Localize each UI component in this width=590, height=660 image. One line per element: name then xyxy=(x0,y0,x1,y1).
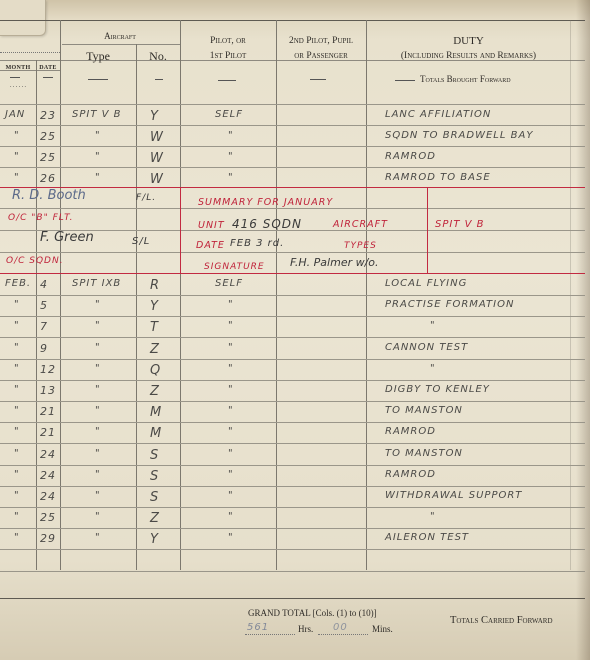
entry-duty: RAMROD xyxy=(385,151,436,162)
entry-pilot: " xyxy=(228,151,234,162)
entry-duty: SQDN TO BRADWELL BAY xyxy=(385,130,533,141)
entry-pilot: " xyxy=(228,130,234,141)
grand-total-label: GRAND TOTAL [Cols. (1) to (10)] xyxy=(248,608,377,618)
entry-duty: " xyxy=(430,363,436,374)
header-second-pilot-line1: 2nd Pilot, Pupil xyxy=(276,35,366,48)
entry-aircraft-no: S xyxy=(150,490,159,505)
entry-month: " xyxy=(14,172,20,183)
entry-pilot: " xyxy=(228,172,234,183)
entry-date: 21 xyxy=(40,426,56,439)
summary-aircraft-label: AIRCRAFT xyxy=(333,219,388,230)
summary-types-label: TYPES xyxy=(344,241,377,251)
entry-date: 25 xyxy=(40,511,56,524)
entry-month: " xyxy=(14,426,20,437)
entry-pilot: " xyxy=(228,405,234,416)
entry-date: 24 xyxy=(40,448,56,461)
mins-label: Mins. xyxy=(372,624,393,634)
entry-aircraft-type: " xyxy=(95,490,101,501)
entry-pilot: SELF xyxy=(215,278,243,289)
entry-month: JAN xyxy=(5,109,25,120)
entry-aircraft-no: M xyxy=(150,426,162,441)
entry-month: " xyxy=(14,405,20,416)
header-date: DATE xyxy=(36,62,60,75)
header-second-pilot-line2: or Passenger xyxy=(276,50,366,63)
entry-month: " xyxy=(14,384,20,395)
entry-date: 4 xyxy=(40,278,48,291)
entry-aircraft-no: W xyxy=(150,130,164,145)
logbook-page: MONTH DATE Aircraft Type No. Pilot, or 1… xyxy=(0,0,590,660)
entry-month: " xyxy=(14,320,20,331)
summary-unit-value: 416 SQDN xyxy=(232,217,302,231)
entry-pilot: " xyxy=(228,426,234,437)
entry-date: 24 xyxy=(40,490,56,503)
entry-aircraft-no: M xyxy=(150,405,162,420)
entry-date: 21 xyxy=(40,405,56,418)
entry-month: " xyxy=(14,342,20,353)
entry-date: 25 xyxy=(40,130,56,143)
entry-date: 29 xyxy=(40,532,56,545)
signature-1-role: O/C "B" FLT. xyxy=(8,213,73,223)
header-month: MONTH xyxy=(0,62,36,75)
entry-aircraft-no: W xyxy=(150,151,164,166)
signature-2-rank: S/L xyxy=(132,236,150,247)
summary-title: SUMMARY FOR JANUARY xyxy=(198,197,333,208)
entry-pilot: " xyxy=(228,532,234,543)
entry-month: " xyxy=(14,299,20,310)
page-binding-shadow xyxy=(576,0,590,660)
entry-date: 5 xyxy=(40,299,48,312)
entry-aircraft-no: T xyxy=(150,320,159,335)
entry-pilot: " xyxy=(228,299,234,310)
header-no: No. xyxy=(136,50,180,63)
entry-pilot: " xyxy=(228,320,234,331)
entry-month: FEB. xyxy=(5,278,31,289)
entry-duty: LANC AFFILIATION xyxy=(385,109,491,120)
summary-unit-label: UNIT xyxy=(198,220,225,231)
entry-pilot: " xyxy=(228,448,234,459)
entry-month: " xyxy=(14,490,20,501)
entry-month: " xyxy=(14,448,20,459)
entry-date: 7 xyxy=(40,320,48,333)
header-duty: DUTY xyxy=(366,35,571,48)
entry-date: 12 xyxy=(40,363,56,376)
entry-date: 23 xyxy=(40,109,56,122)
entry-month: " xyxy=(14,363,20,374)
entry-aircraft-type: " xyxy=(95,511,101,522)
entry-duty: WITHDRAWAL SUPPORT xyxy=(385,490,522,501)
entry-aircraft-type: " xyxy=(95,448,101,459)
entry-pilot: SELF xyxy=(215,109,243,120)
entry-duty: LOCAL FLYING xyxy=(385,278,467,289)
entry-duty: AILERON TEST xyxy=(385,532,469,543)
entry-pilot: " xyxy=(228,490,234,501)
entry-aircraft-no: Y xyxy=(150,109,159,124)
entry-duty: TO MANSTON xyxy=(385,405,463,416)
header-duty-sub: (Including Results and Remarks) xyxy=(366,50,571,63)
hours-label: Hrs. xyxy=(298,624,313,634)
summary-signature-label: SIGNATURE xyxy=(204,262,265,272)
entry-aircraft-type: " xyxy=(95,363,101,374)
entry-duty: RAMROD xyxy=(385,426,436,437)
header-aircraft: Aircraft xyxy=(60,30,180,43)
entry-aircraft-no: Q xyxy=(150,363,161,378)
entry-duty: PRACTISE FORMATION xyxy=(385,299,514,310)
entry-date: 9 xyxy=(40,342,48,355)
entry-aircraft-type: " xyxy=(95,172,101,183)
entry-duty: TO MANSTON xyxy=(385,448,463,459)
entry-aircraft-type: " xyxy=(95,130,101,141)
summary-signature-value: F.H. Palmer w/o. xyxy=(290,256,379,269)
entry-date: 25 xyxy=(40,151,56,164)
entry-aircraft-no: Y xyxy=(150,299,159,314)
entry-pilot: " xyxy=(228,384,234,395)
entry-duty: RAMROD xyxy=(385,469,436,480)
summary-date-value: FEB 3 rd. xyxy=(230,238,284,249)
page-top-edge xyxy=(0,0,590,20)
header-type: Type xyxy=(60,50,136,63)
entry-duty: " xyxy=(430,320,436,331)
entry-duty: DIGBY TO KENLEY xyxy=(385,384,490,395)
entry-aircraft-type: " xyxy=(95,151,101,162)
entry-aircraft-no: Z xyxy=(150,384,160,399)
entry-month: " xyxy=(14,469,20,480)
entry-aircraft-type: " xyxy=(95,532,101,543)
entry-pilot: " xyxy=(228,363,234,374)
signature-flight-commander: R. D. Booth xyxy=(12,188,86,203)
entry-aircraft-no: Y xyxy=(150,532,159,547)
entry-aircraft-type: SPIT V B xyxy=(72,109,122,120)
entry-date: 24 xyxy=(40,469,56,482)
entry-aircraft-type: " xyxy=(95,469,101,480)
entry-month: " xyxy=(14,511,20,522)
entry-aircraft-type: " xyxy=(95,405,101,416)
header-pilot-line2: 1st Pilot xyxy=(180,50,276,63)
entry-pilot: " xyxy=(228,511,234,522)
grand-total-hours: 561 xyxy=(247,622,269,633)
entry-pilot: " xyxy=(228,469,234,480)
entry-month: " xyxy=(14,532,20,543)
header-pilot-line1: Pilot, or xyxy=(180,35,276,48)
entry-month: " xyxy=(14,130,20,141)
entry-aircraft-type: SPIT IXB xyxy=(72,278,121,289)
folded-corner xyxy=(0,0,46,36)
summary-aircraft-type: SPIT V B xyxy=(435,219,485,230)
entry-aircraft-type: " xyxy=(95,426,101,437)
entry-date: 26 xyxy=(40,172,56,185)
entry-pilot: " xyxy=(228,342,234,353)
entry-aircraft-no: Z xyxy=(150,511,160,526)
totals-carried-forward: Totals Carried Forward xyxy=(450,615,553,626)
signature-2-role: O/C SQDN. xyxy=(6,256,64,266)
year-mark: ...... xyxy=(10,82,27,89)
entry-month: " xyxy=(14,151,20,162)
entry-aircraft-no: R xyxy=(150,278,160,293)
totals-brought-forward: Totals Brought Forward xyxy=(420,73,580,86)
entry-aircraft-no: S xyxy=(150,448,159,463)
entry-aircraft-type: " xyxy=(95,342,101,353)
entry-aircraft-no: S xyxy=(150,469,159,484)
entry-aircraft-no: W xyxy=(150,172,164,187)
grand-total-mins: 00 xyxy=(333,622,348,633)
signature-squadron-commander: F. Green xyxy=(40,230,94,245)
entry-aircraft-type: " xyxy=(95,299,101,310)
entry-aircraft-type: " xyxy=(95,320,101,331)
entry-aircraft-type: " xyxy=(95,384,101,395)
entry-date: 13 xyxy=(40,384,56,397)
entry-aircraft-no: Z xyxy=(150,342,160,357)
entry-duty: RAMROD TO BASE xyxy=(385,172,491,183)
summary-date-label: DATE xyxy=(196,240,225,251)
entry-duty: CANNON TEST xyxy=(385,342,468,353)
signature-1-rank: F/L. xyxy=(136,193,156,203)
entry-duty: " xyxy=(430,511,436,522)
